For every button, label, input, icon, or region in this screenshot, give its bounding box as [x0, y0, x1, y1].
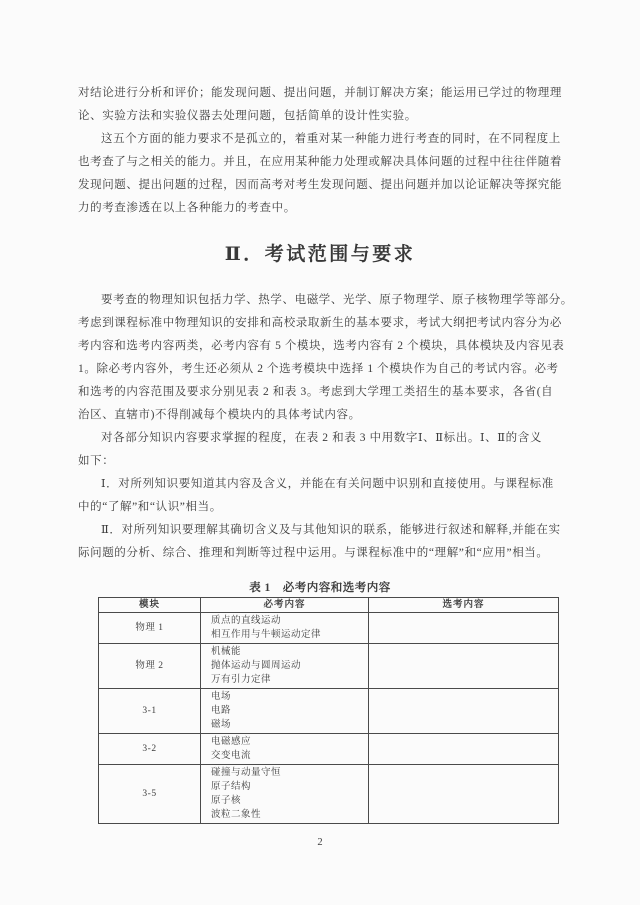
table-header-cell: 模块: [99, 598, 201, 613]
text-line: 1。除必考内容外，考生还必须从 2 个选考模块中选择 1 个模块作为自己的考试内…: [78, 358, 562, 381]
content-line: 万有引力定律: [211, 673, 368, 687]
document-page: 对结论进行分析和评价；能发现问题、提出问题，并制订解决方案；能运用已学过的物理理…: [0, 0, 640, 905]
required-content-cell: 电磁感应交变电流: [201, 734, 369, 765]
table-title: 表 1 必考内容和选考内容: [78, 581, 562, 596]
required-content-cell: 机械能抛体运动与圆周运动万有引力定律: [201, 644, 369, 689]
content-line: 电路: [211, 704, 368, 718]
content-line: 电磁感应: [211, 735, 368, 749]
table-row: 3-1电场电路磁场: [99, 689, 559, 734]
required-content-cell: 碰撞与动量守恒原子结构原子核波粒二象性: [201, 765, 369, 824]
text-line: 对各部分知识内容要求掌握的程度，在表 2 和表 3 中用数字Ⅰ、Ⅱ标出。Ⅰ、Ⅱ的…: [78, 427, 562, 450]
text-line: 考内容和选考内容两类，必考内容有 5 个模块，选考内容有 2 个模块，具体模块及…: [78, 335, 562, 358]
table-row: 3-5碰撞与动量守恒原子结构原子核波粒二象性: [99, 765, 559, 824]
optional-content-cell: [369, 734, 559, 765]
content-line: 交变电流: [211, 749, 368, 763]
module-cell: 3-2: [99, 734, 201, 765]
content-line: 电场: [211, 690, 368, 704]
content-line: 波粒二象性: [211, 808, 368, 822]
text-line: 中的“了解”和“认识”相当。: [78, 496, 562, 519]
text-line: 对结论进行分析和评价；能发现问题、提出问题，并制订解决方案；能运用已学过的物理理: [78, 82, 562, 105]
table-header-cell: 必考内容: [201, 598, 369, 613]
section-paragraphs: 要考查的物理知识包括力学、热学、电磁学、光学、原子物理学、原子核物理学等部分。考…: [78, 289, 562, 565]
module-cell: 3-1: [99, 689, 201, 734]
section-heading: Ⅱ．考试范围与要求: [78, 241, 562, 269]
text-line: Ⅰ．对所列知识要知道其内容及含义，并能在有关问题中识别和直接使用。与课程标准: [78, 473, 562, 496]
text-line: 也考查了与之相关的能力。并且，在应用某种能力处理或解决具体问题的过程中往往伴随着: [78, 151, 562, 174]
text-line: 治区、直辖市)不得削减每个模块内的具体考试内容。: [78, 404, 562, 427]
content-line: 相互作用与牛顿运动定律: [211, 628, 368, 642]
module-cell: 3-5: [99, 765, 201, 824]
text-line: Ⅱ．对所列知识要理解其确切含义及与其他知识的联系，能够进行叙述和解释,并能在实: [78, 519, 562, 542]
optional-content-cell: [369, 765, 559, 824]
content-table: 模块必考内容选考内容 物理 1质点的直线运动相互作用与牛顿运动定律物理 2机械能…: [98, 597, 559, 824]
table-row: 3-2电磁感应交变电流: [99, 734, 559, 765]
module-cell: 物理 1: [99, 613, 201, 644]
content-line: 磁场: [211, 718, 368, 732]
optional-content-cell: [369, 644, 559, 689]
content-line: 质点的直线运动: [211, 614, 368, 628]
text-line: 论、实验方法和实验仪器去处理问题，包括简单的设计性实验。: [78, 105, 562, 128]
content-line: 机械能: [211, 645, 368, 659]
text-line: 际问题的分析、综合、推理和判断等过程中运用。与课程标准中的“理解”和“应用”相当…: [78, 542, 562, 565]
text-line: 要考查的物理知识包括力学、热学、电磁学、光学、原子物理学、原子核物理学等部分。: [78, 289, 562, 312]
content-line: 原子核: [211, 794, 368, 808]
text-line: 发现问题、提出问题的过程，因而高考对考生发现问题、提出问题并加以论证解决等探究能: [78, 174, 562, 197]
content-line: 碰撞与动量守恒: [211, 766, 368, 780]
table-header-cell: 选考内容: [369, 598, 559, 613]
table-row: 物理 1质点的直线运动相互作用与牛顿运动定律: [99, 613, 559, 644]
page-number: 2: [78, 836, 562, 850]
optional-content-cell: [369, 613, 559, 644]
text-line: 考虑到课程标准中物理知识的安排和高校录取新生的基本要求，考试大纲把考试内容分为必: [78, 312, 562, 335]
text-line: 和选考的内容范围及要求分别见表 2 和表 3。考虑到大学理工类招生的基本要求，各…: [78, 381, 562, 404]
content-line: 原子结构: [211, 780, 368, 794]
module-cell: 物理 2: [99, 644, 201, 689]
intro-paragraphs: 对结论进行分析和评价；能发现问题、提出问题，并制订解决方案；能运用已学过的物理理…: [78, 82, 562, 220]
text-line: 如下：: [78, 450, 562, 473]
text-line: 力的考查渗透在以上各种能力的考查中。: [78, 197, 562, 220]
required-content-cell: 电场电路磁场: [201, 689, 369, 734]
table-row: 物理 2机械能抛体运动与圆周运动万有引力定律: [99, 644, 559, 689]
optional-content-cell: [369, 689, 559, 734]
table-header-row: 模块必考内容选考内容: [99, 598, 559, 613]
content-line: 抛体运动与圆周运动: [211, 659, 368, 673]
text-line: 这五个方面的能力要求不是孤立的，着重对某一种能力进行考查的同时，在不同程度上: [78, 128, 562, 151]
required-content-cell: 质点的直线运动相互作用与牛顿运动定律: [201, 613, 369, 644]
